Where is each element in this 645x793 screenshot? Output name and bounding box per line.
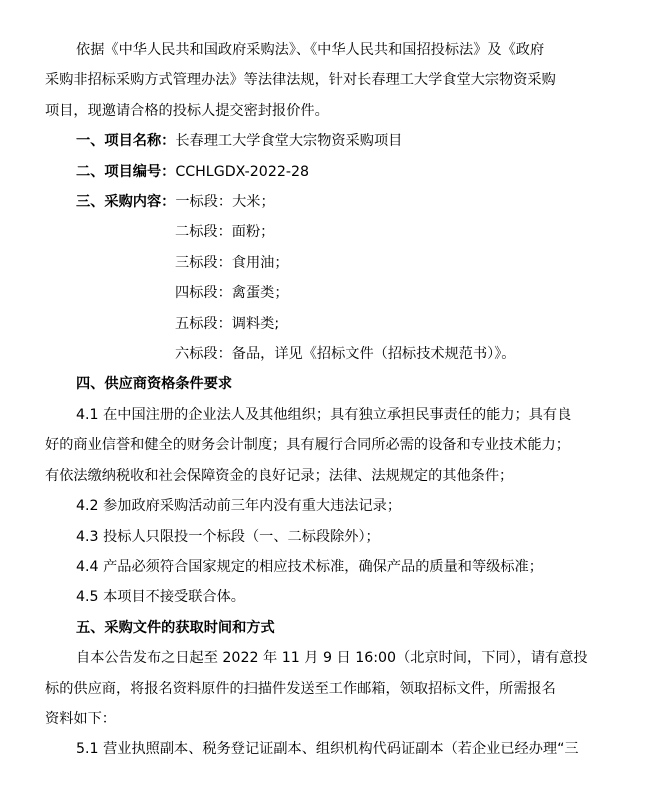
lot-item: 五标段：调料类;	[45, 309, 605, 339]
procurement-notice-document: 依据《中华人民共和国政府采购法》、《中华人民共和国招投标法》及《政府 采购非招标…	[45, 35, 605, 765]
section-heading: 一、项目名称：	[76, 133, 175, 149]
lot-item: 三标段：食用油；	[45, 248, 605, 278]
intro-line-1: 依据《中华人民共和国政府采购法》、《中华人民共和国招投标法》及《政府	[45, 35, 605, 65]
acquisition-para-line-2: 标的供应商，将报名资料原件的扫描件发送至工作邮箱，领取招标文件，所需报名	[45, 674, 605, 704]
project-number-value: CCHLGDX-2022-28	[175, 164, 309, 180]
intro-line-2: 采购非招标采购方式管理办法》等法律法规，针对长春理工大学食堂大宗物资采购	[45, 65, 605, 95]
qualification-4-1-line-2: 好的商业信誉和健全的财务会计制度；具有履行合同所必需的设备和专业技术能力；	[45, 430, 605, 460]
section-heading-document-acquisition: 五、采购文件的获取时间和方式	[45, 613, 605, 643]
qualification-4-1-line-1: 4.1 在中国注册的企业法人及其他组织；具有独立承担民事责任的能力；具有良	[45, 400, 605, 430]
section-project-name: 一、项目名称：长春理工大学食堂大宗物资采购项目	[45, 126, 605, 156]
section-heading: 三、采购内容：	[76, 194, 175, 210]
project-name-value: 长春理工大学食堂大宗物资采购项目	[175, 133, 402, 149]
lot-item: 四标段：禽蛋类；	[45, 278, 605, 308]
acquisition-para-line-1: 自本公告发布之日起至 2022 年 11 月 9 日 16:00（北京时间，下同…	[45, 643, 605, 673]
lot-item: 一标段：大米；	[175, 194, 274, 210]
lot-item: 六标段：备品，详见《招标文件（招标技术规范书）》。	[45, 339, 605, 369]
intro-line-3: 项目，现邀请合格的投标人提交密封报价件。	[45, 96, 605, 126]
lot-item: 二标段：面粉；	[45, 217, 605, 247]
section-procurement-content: 三、采购内容：一标段：大米；	[45, 187, 605, 217]
requirement-5-1: 5.1 营业执照副本、税务登记证副本、组织机构代码证副本（若企业已经办理“三	[45, 734, 605, 764]
qualification-4-2: 4.2 参加政府采购活动前三年内没有重大违法记录；	[45, 491, 605, 521]
qualification-4-5: 4.5 本项目不接受联合体。	[45, 582, 605, 612]
section-project-number: 二、项目编号：CCHLGDX-2022-28	[45, 157, 605, 187]
qualification-4-1-line-3: 有依法缴纳税收和社会保障资金的良好记录；法律、法规规定的其他条件；	[45, 461, 605, 491]
section-heading-qualifications: 四、供应商资格条件要求	[45, 369, 605, 399]
qualification-4-4: 4.4 产品必须符合国家规定的相应技术标准，确保产品的质量和等级标准；	[45, 552, 605, 582]
qualification-4-3: 4.3 投标人只限投一个标段（一、二标段除外）；	[45, 522, 605, 552]
acquisition-para-line-3: 资料如下：	[45, 704, 605, 734]
section-heading: 二、项目编号：	[76, 164, 175, 180]
